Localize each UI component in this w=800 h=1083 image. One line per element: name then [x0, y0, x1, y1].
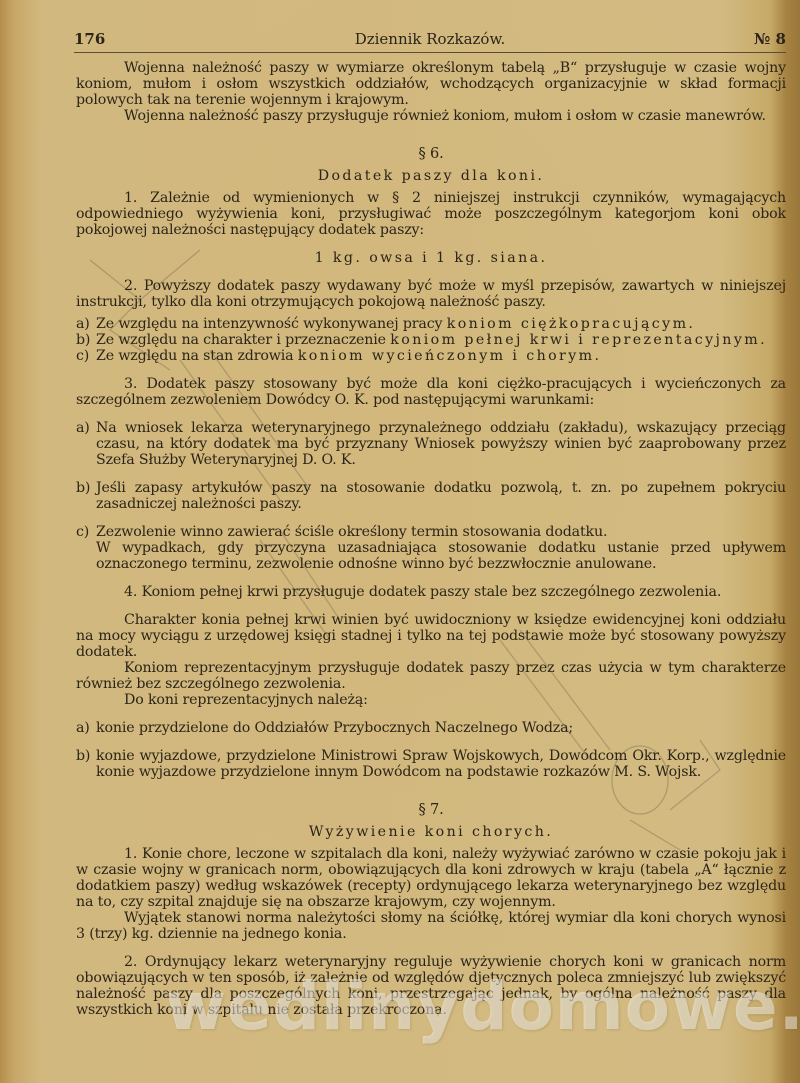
section-6-paragraph-3: 3. Dodatek paszy stosowany być może dla … [76, 376, 786, 408]
list-item: b)konie wyjazdowe, przydzielone Ministro… [76, 748, 786, 780]
section-7-title: Wyżywienie koni chorych. [76, 824, 786, 840]
list-item-continuation: W wypadkach, gdy przyczyna uzasadniająca… [76, 540, 786, 572]
running-header: 176 Dziennik Rozkazów. № 8 [74, 30, 786, 52]
section-7-paragraph-1: 1. Konie chore, leczone w szpitalach dla… [76, 846, 786, 910]
journal-title: Dziennik Rozkazów. [74, 30, 786, 48]
intro-paragraph-2: Wojenna należność paszy przysługuje równ… [76, 108, 786, 124]
section-6-paragraph-1: 1. Zależnie od wymienionych w § 2 niniej… [76, 190, 786, 238]
section-7-number: § 7. [76, 802, 786, 818]
section-6-paragraph-6: Koniom reprezentacyjnym przysługuje doda… [76, 660, 786, 692]
header-rule [74, 52, 786, 53]
section-6-number: § 6. [76, 146, 786, 162]
section-6-paragraph-2: 2. Powyższy dodatek paszy wydawany być m… [76, 278, 786, 310]
issue-number: № 8 [754, 30, 786, 48]
section-6-paragraph-4: 4. Koniom pełnej krwi przysługuje dodate… [76, 584, 786, 600]
scanned-page: 176 Dziennik Rozkazów. № 8 Wojenna należ… [0, 0, 800, 1083]
section-6-paragraph-5: Charakter konia pełnej krwi winien być u… [76, 612, 786, 660]
list-item: b)Ze względu na charakter i przeznaczeni… [76, 332, 786, 348]
intro-paragraph-1: Wojenna należność paszy w wymiarze okreś… [76, 60, 786, 108]
feed-ration: 1 kg. owsa i 1 kg. siana. [76, 250, 786, 266]
list-item: a)Ze względu na intenzywność wykonywanej… [76, 316, 786, 332]
section-7-paragraph-3: 2. Ordynujący lekarz weterynaryjny regul… [76, 954, 786, 1018]
page-body: Wojenna należność paszy w wymiarze okreś… [76, 60, 786, 1018]
section-7-paragraph-2: Wyjątek stanowi norma należytości słomy … [76, 910, 786, 942]
list-item: c)Zezwolenie winno zawierać ściśle okreś… [76, 524, 786, 540]
list-item: a)Na wniosek lekarza weterynaryjnego prz… [76, 420, 786, 468]
list-item: b)Jeśli zapasy artykułów paszy na stosow… [76, 480, 786, 512]
section-6-paragraph-7: Do koni reprezentacyjnych należą: [76, 692, 786, 708]
section-6-title: Dodatek paszy dla koni. [76, 168, 786, 184]
list-item: c)Ze względu na stan zdrowia koniom wyci… [76, 348, 786, 364]
list-item: a)konie przydzielone do Oddziałów Przybo… [76, 720, 786, 736]
